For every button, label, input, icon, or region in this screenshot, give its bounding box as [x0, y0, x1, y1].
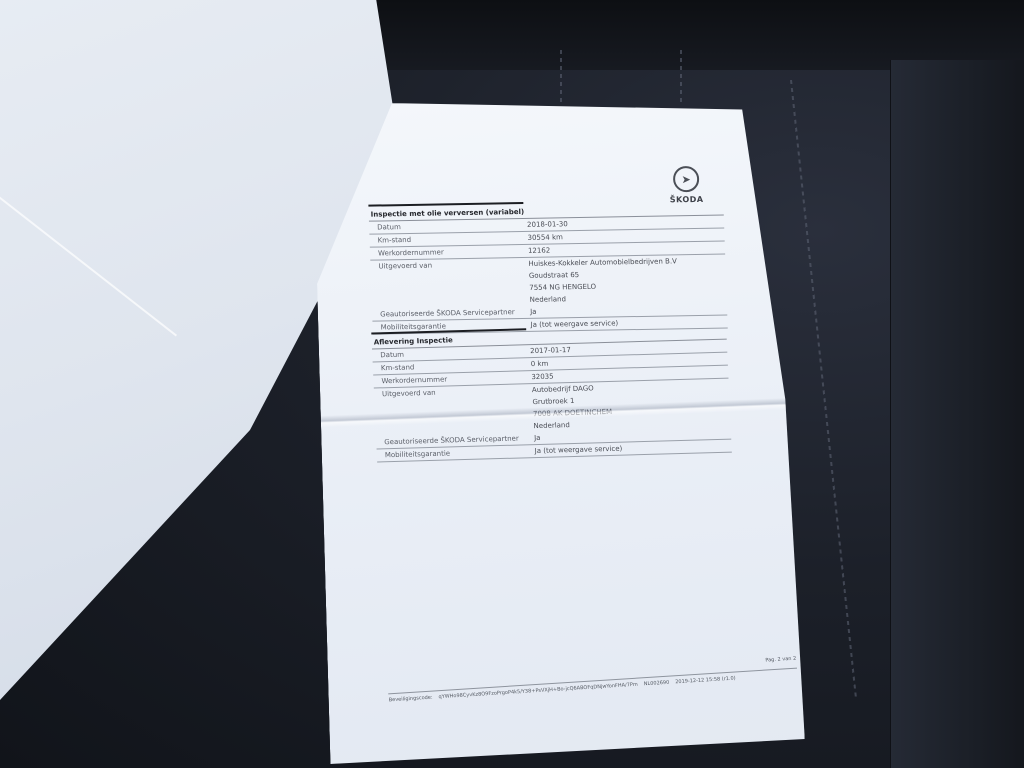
- document-footer: Pag. 2 van 2 Beveiligingscode: qYWHo98Cy…: [388, 668, 798, 704]
- row-value: 2018-01-30: [527, 217, 724, 228]
- row-label: Km-stand: [373, 360, 531, 372]
- security-code-label: Beveiligingscode:: [389, 695, 433, 704]
- row-label: Km-stand: [369, 234, 527, 245]
- row-label: Werkordernummer: [373, 373, 531, 385]
- print-timestamp: 2019-12-12 15:58 (r1.0): [675, 675, 736, 685]
- row-value: Ja: [530, 304, 727, 315]
- page-number: Pag. 2 van 2: [765, 656, 796, 664]
- footer-security-row: Beveiligingscode: qYWHo98CyvKz8O9FzoPrgo…: [389, 672, 798, 704]
- paper-crease: [0, 150, 177, 336]
- row-value: Ja (tot weergave service): [535, 442, 732, 455]
- row-value: 30554 km: [527, 230, 724, 241]
- section-inspection-oil-change: Inspectie met olie verversen (variabel) …: [368, 198, 727, 334]
- seat-side-bolster: [890, 60, 1024, 768]
- skoda-logo-icon: ➤: [673, 166, 700, 192]
- service-history-document: ➤ ŠKODA Inspectie met olie verversen (va…: [312, 99, 805, 764]
- seat-stitching: [680, 50, 682, 105]
- row-label: Uitgevoerd van: [370, 260, 528, 271]
- row-value: 12162: [528, 243, 725, 254]
- section-delivery-inspection: Aflevering Inspectie Datum 2017-01-17 Km…: [371, 323, 732, 463]
- row-label: Geautoriseerde ŠKODA Servicepartner: [376, 434, 534, 446]
- row-label: Datum: [369, 221, 527, 232]
- row-label: Geautoriseerde ŠKODA Servicepartner: [372, 308, 530, 319]
- row-label: Werkordernummer: [370, 247, 528, 258]
- row-label: Datum: [372, 347, 530, 359]
- row-label: Mobiliteitsgarantie: [377, 447, 535, 459]
- dealer-code: NL002690: [644, 680, 670, 688]
- seat-stitching: [560, 50, 562, 105]
